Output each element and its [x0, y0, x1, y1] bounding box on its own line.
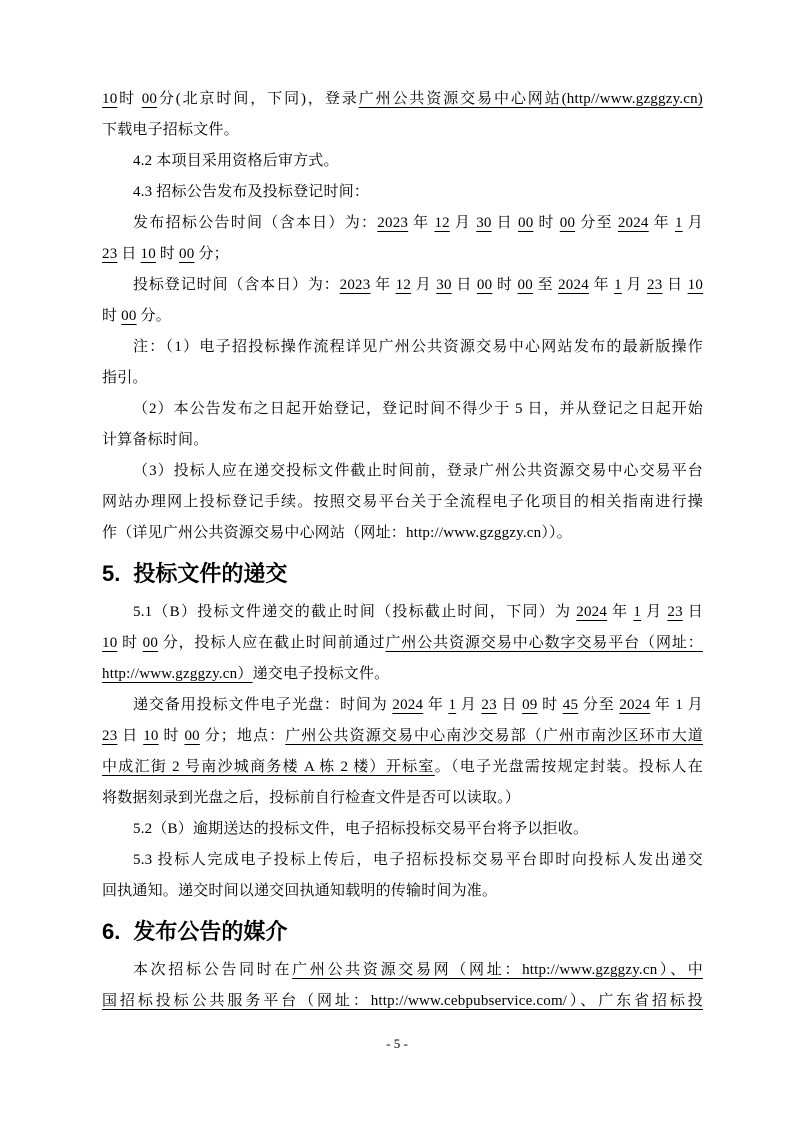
underlined-segment: 00: [518, 215, 533, 231]
underlined-segment: 中成汇街 2 号南沙城商务楼 A 栋 2 楼）开标室: [102, 759, 435, 775]
text-segment: 年: [649, 215, 675, 231]
underlined-segment: 23: [647, 277, 662, 293]
underlined-segment: 10: [102, 635, 117, 651]
text-segment: 4.2 本项目采用资格后审方式。: [133, 153, 339, 169]
text-segment: 将数据刻录到光盘之后，投标前自行检查文件是否可以读取。）: [102, 790, 520, 806]
text-segment: 分；: [194, 246, 228, 262]
text-segment: 递交电子投标文件。: [253, 666, 390, 682]
text-segment: 计算备标时间。: [102, 432, 208, 448]
text-segment: 月: [641, 604, 667, 620]
text-segment: 时: [159, 728, 185, 744]
text-segment: 时: [156, 246, 179, 262]
text-line: （2）本公告发布之日起开始登记，登记时间不得少于 5 日，并从登记之日起开始: [102, 394, 703, 425]
underlined-segment: 广州公共资源交易中心网站(http//www.gzggzy.cn): [359, 91, 703, 107]
underlined-segment: 10: [102, 91, 117, 107]
text-line: 注：（1）电子招投标操作流程详见广州公共资源交易中心网站发布的最新版操作: [102, 332, 703, 363]
text-line: 发布招标公告时间（含本日）为：2023 年 12 月 30 日 00 时 00 …: [102, 208, 703, 239]
text-line: 指引。: [102, 363, 703, 394]
heading-title: 发布公告的媒介: [133, 919, 287, 944]
underlined-segment: 1: [675, 215, 683, 231]
text-line: 中成汇街 2 号南沙城商务楼 A 栋 2 楼）开标室。（电子光盘需按规定封装。投…: [102, 752, 703, 783]
underlined-segment: 00: [143, 635, 158, 651]
text-segment: 投标登记时间（含本日）为：: [133, 277, 340, 293]
underlined-segment: 2024: [576, 604, 607, 620]
text-segment: 4.3 招标公告发布及投标登记时间：: [133, 184, 369, 200]
text-line: 5.2（B）逾期送达的投标文件，电子招标投标交易平台将予以拒收。: [102, 814, 703, 845]
page-number: - 5 -: [0, 1036, 794, 1052]
underlined-segment: 45: [563, 697, 578, 713]
text-segment: 时: [102, 308, 121, 324]
underlined-segment: 2024: [392, 697, 423, 713]
text-segment: 日: [683, 604, 703, 620]
text-segment: 分至: [578, 697, 619, 713]
text-segment: 作（详见广州公共资源交易中心网站（网址：http://www.gzggzy.cn…: [102, 525, 572, 541]
text-line: 23 日 10 时 00 分；地点：广州公共资源交易中心南沙交易部（广州市南沙区…: [102, 721, 703, 752]
text-line: 时 00 分。: [102, 301, 703, 332]
text-segment: 发布招标公告时间（含本日）为：: [133, 215, 377, 231]
text-segment: 年: [589, 277, 614, 293]
underlined-segment: 广州公共资源交易网（网址：http://www.gzggzy.cn）、中: [292, 962, 703, 978]
underlined-segment: 00: [477, 277, 492, 293]
text-line: 将数据刻录到光盘之后，投标前自行检查文件是否可以读取。）: [102, 783, 703, 814]
text-segment: 年: [607, 604, 633, 620]
underlined-segment: 2023: [377, 215, 408, 231]
document-page: 10时 00分(北京时间，下同)，登录广州公共资源交易中心网站(http//ww…: [0, 0, 794, 1123]
text-segment: 。（电子光盘需按规定封装。投标人在: [435, 759, 703, 775]
text-line: 23 日 10 时 00 分；: [102, 239, 703, 270]
underlined-segment: 10: [688, 277, 703, 293]
underlined-segment: 23: [102, 246, 117, 262]
underlined-segment: 30: [476, 215, 491, 231]
text-line: 计算备标时间。: [102, 425, 703, 456]
text-segment: 递交备用投标文件电子光盘：时间为: [133, 697, 392, 713]
document-body: 10时 00分(北京时间，下同)，登录广州公共资源交易中心网站(http//ww…: [102, 84, 703, 1017]
text-segment: 月: [411, 277, 436, 293]
underlined-segment: 23: [667, 604, 682, 620]
underlined-segment: 00: [142, 91, 157, 107]
underlined-segment: 10: [143, 728, 158, 744]
underlined-segment: 2024: [619, 697, 650, 713]
text-line: 5.1（B）投标文件递交的截止时间（投标截止时间，下同）为 2024 年 1 月…: [102, 597, 703, 628]
text-segment: 日: [662, 277, 687, 293]
text-line: 10时 00分(北京时间，下同)，登录广州公共资源交易中心网站(http//ww…: [102, 84, 703, 115]
text-segment: 时: [538, 697, 563, 713]
text-segment: 月: [683, 215, 703, 231]
text-segment: 时: [533, 215, 559, 231]
underlined-segment: 23: [102, 728, 117, 744]
text-line: 递交备用投标文件电子光盘：时间为 2024 年 1 月 23 日 09 时 45…: [102, 690, 703, 721]
text-segment: 5.3 投标人完成电子投标上传后，电子招标投标交易平台即时向投标人发出递交: [133, 852, 703, 868]
text-segment: 网站办理网上投标登记手续。按照交易平台关于全流程电子化项目的相关指南进行操: [102, 494, 703, 510]
underlined-segment: 2024: [558, 277, 589, 293]
text-segment: 至: [533, 277, 558, 293]
text-segment: 分。: [137, 308, 171, 324]
text-line: 5.3 投标人完成电子投标上传后，电子招标投标交易平台即时向投标人发出递交: [102, 845, 703, 876]
text-segment: 回执通知。递交时间以递交回执通知载明的传输时间为准。: [102, 883, 497, 899]
text-line: 本次招标公告同时在广州公共资源交易网（网址：http://www.gzggzy.…: [102, 955, 703, 986]
underlined-segment: 00: [560, 215, 575, 231]
underlined-segment: 00: [179, 246, 194, 262]
text-segment: 年: [370, 277, 395, 293]
text-line: 4.3 招标公告发布及投标登记时间：: [102, 177, 703, 208]
underlined-segment: 10: [141, 246, 156, 262]
text-segment: 日: [117, 246, 140, 262]
text-segment: 日: [492, 215, 518, 231]
text-segment: 分(北京时间，下同)，登录: [157, 91, 359, 107]
text-segment: 本次招标公告同时在: [133, 962, 292, 978]
section-heading: 5.投标文件的递交: [102, 559, 703, 589]
text-segment: 日: [452, 277, 477, 293]
text-segment: 注：（1）电子招投标操作流程详见广州公共资源交易中心网站发布的最新版操作: [133, 339, 703, 355]
text-line: 回执通知。递交时间以递交回执通知载明的传输时间为准。: [102, 876, 703, 907]
text-segment: 日: [117, 728, 143, 744]
text-segment: （3）投标人应在递交投标文件截止时间前，登录广州公共资源交易中心交易平台: [133, 463, 703, 479]
text-segment: 时: [117, 91, 141, 107]
underlined-segment: 12: [434, 215, 449, 231]
underlined-segment: 1: [614, 277, 622, 293]
text-line: 网站办理网上投标登记手续。按照交易平台关于全流程电子化项目的相关指南进行操: [102, 487, 703, 518]
text-segment: 分，投标人应在截止时间前通过: [158, 635, 385, 651]
text-line: （3）投标人应在递交投标文件截止时间前，登录广州公共资源交易中心交易平台: [102, 456, 703, 487]
text-line: 国招标投标公共服务平台（网址：http://www.cebpubservice.…: [102, 986, 703, 1017]
underlined-segment: http://www.gzggzy.cn）: [102, 666, 253, 682]
text-line: 4.2 本项目采用资格后审方式。: [102, 146, 703, 177]
text-segment: 时: [117, 635, 142, 651]
text-segment: 5.2（B）逾期送达的投标文件，电子招标投标交易平台将予以拒收。: [133, 821, 588, 837]
text-segment: 年 1 月: [650, 697, 703, 713]
underlined-segment: 广州公共资源交易中心南沙交易部（广州市南沙区环市大道: [285, 728, 703, 744]
text-segment: 月: [456, 697, 481, 713]
text-segment: 年: [408, 215, 434, 231]
text-segment: 5.1（B）投标文件递交的截止时间（投标截止时间，下同）为: [133, 604, 576, 620]
text-segment: 月: [450, 215, 476, 231]
heading-number: 6.: [102, 919, 120, 944]
underlined-segment: 09: [522, 697, 537, 713]
heading-title: 投标文件的递交: [133, 561, 287, 586]
text-line: 投标登记时间（含本日）为：2023 年 12 月 30 日 00 时 00 至 …: [102, 270, 703, 301]
underlined-segment: 2023: [340, 277, 371, 293]
text-segment: 分至: [575, 215, 618, 231]
heading-number: 5.: [102, 561, 120, 586]
underlined-segment: 国招标投标公共服务平台（网址：http://www.cebpubservice.…: [102, 993, 703, 1009]
text-segment: 指引。: [102, 370, 148, 386]
text-segment: 日: [497, 697, 522, 713]
text-segment: （2）本公告发布之日起开始登记，登记时间不得少于 5 日，并从登记之日起开始: [133, 401, 703, 417]
underlined-segment: 12: [396, 277, 411, 293]
underlined-segment: 广州公共资源交易中心数字交易平台（网址：: [385, 635, 703, 651]
text-segment: 分；地点：: [200, 728, 285, 744]
text-line: http://www.gzggzy.cn）递交电子投标文件。: [102, 659, 703, 690]
underlined-segment: 00: [184, 728, 199, 744]
text-line: 下载电子招标文件。: [102, 115, 703, 146]
text-line: 10 时 00 分，投标人应在截止时间前通过广州公共资源交易中心数字交易平台（网…: [102, 628, 703, 659]
text-line: 作（详见广州公共资源交易中心网站（网址：http://www.gzggzy.cn…: [102, 518, 703, 549]
underlined-segment: 30: [436, 277, 451, 293]
text-segment: 下载电子招标文件。: [102, 122, 239, 138]
underlined-segment: 2024: [618, 215, 649, 231]
underlined-segment: 1: [448, 697, 456, 713]
underlined-segment: 00: [121, 308, 136, 324]
section-heading: 6.发布公告的媒介: [102, 917, 703, 947]
text-segment: 月: [622, 277, 647, 293]
underlined-segment: 00: [518, 277, 533, 293]
underlined-segment: 1: [633, 604, 641, 620]
text-segment: 时: [492, 277, 517, 293]
underlined-segment: 23: [481, 697, 496, 713]
text-segment: 年: [423, 697, 448, 713]
